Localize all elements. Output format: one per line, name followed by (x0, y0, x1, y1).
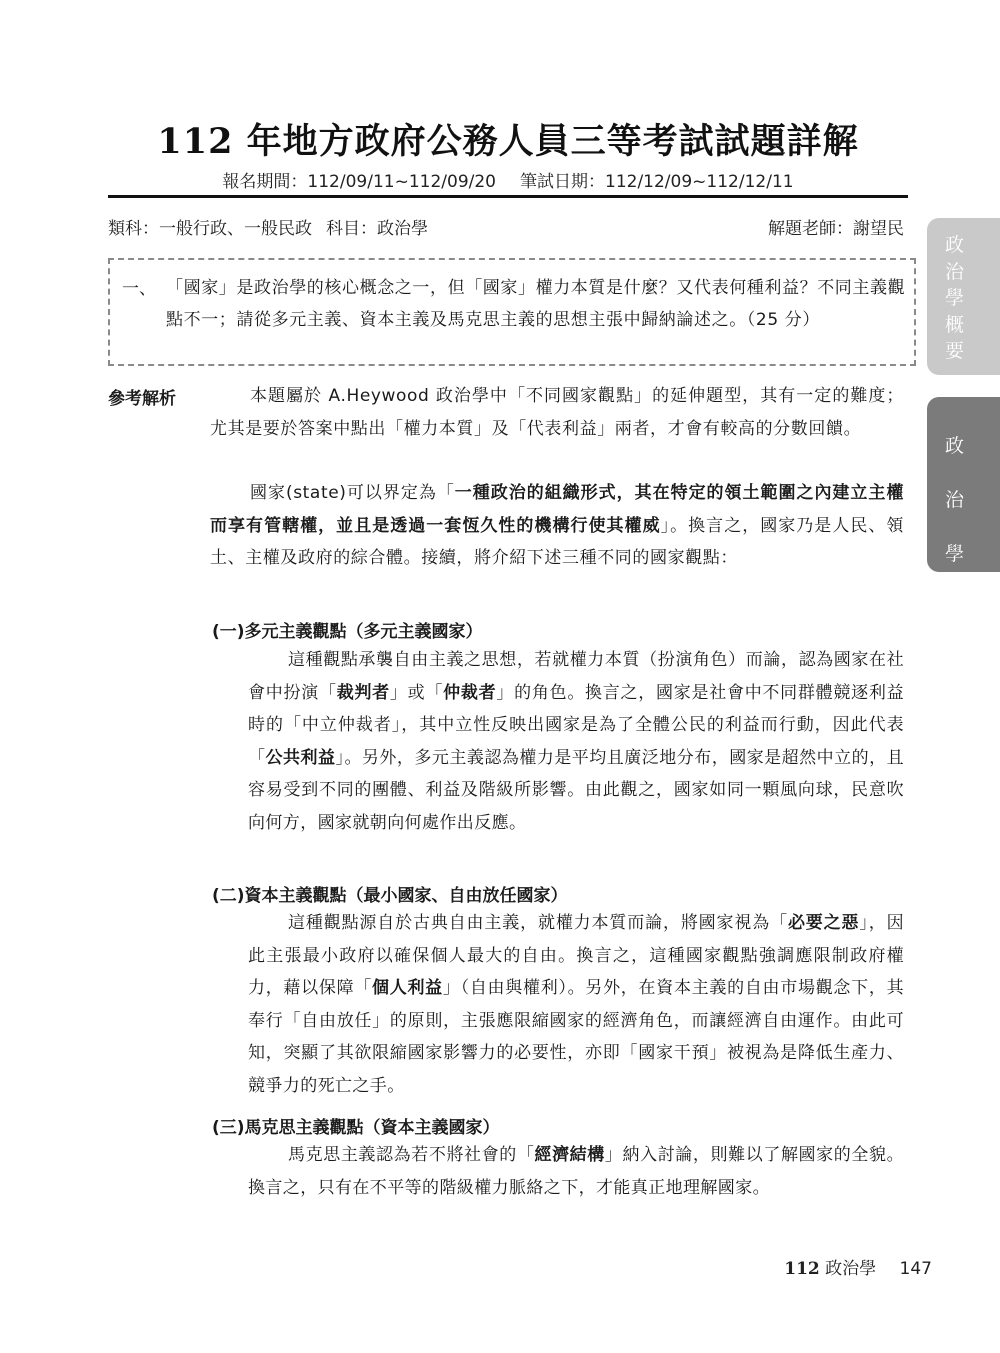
state-definition: 國家(state)可以界定為「一種政治的組織形式，其在特定的領土範圍之內建立主權… (210, 477, 904, 575)
exam-meta: 類科：一般行政、一般民政科目：政治學 解題老師：謝望民 (108, 214, 904, 239)
section-heading-marxism: (三)馬克思主義觀點（資本主義國家） (212, 1113, 500, 1138)
exam-period: 筆試日期：112/12/09~112/12/11 (520, 172, 794, 192)
section-heading-capitalism: (二)資本主義觀點（最小國家、自由放任國家） (212, 881, 568, 906)
section-body-marxism: 馬克思主義認為若不將社會的「經濟結構」納入討論，則難以了解國家的全貌。換言之，只… (248, 1139, 904, 1204)
section-body-capitalism: 這種觀點源自於古典自由主義，就權力本質而論，將國家視為「必要之惡」，因此主張最小… (248, 907, 904, 1102)
answer-intro: 本題屬於 A.Heywood 政治學中「不同國家觀點」的延伸題型，其有一定的難度… (210, 380, 904, 445)
side-tab-political-science[interactable]: 政 治 學 (927, 397, 1000, 572)
exam-dates: 報名期間：112/09/11~112/09/20筆試日期：112/12/09~1… (108, 167, 908, 192)
question-number: 一、 (122, 274, 156, 299)
footer-year: 112 (784, 1259, 820, 1279)
side-tab-political-science-overview[interactable]: 政 治 學 概 要 (927, 218, 1000, 375)
registration-period: 報名期間：112/09/11~112/09/20 (222, 172, 496, 192)
footer-subject: 政治學 (825, 1259, 876, 1279)
section-body-pluralism: 這種觀點承襲自由主義之思想，若就權力本質（扮演角色）而論，認為國家在社會中扮演「… (248, 644, 904, 839)
answer-label: 參考解析 (108, 384, 176, 409)
page-number: 147 (900, 1259, 932, 1279)
teacher: 解題老師：謝望民 (768, 214, 904, 239)
subject: 科目：政治學 (326, 219, 428, 239)
title-divider (108, 195, 908, 198)
question-text: 「國家」是政治學的核心概念之一，但「國家」權力本質是什麼？又代表何種利益？不同主… (166, 272, 906, 336)
page-title: 112 年地方政府公務人員三等考試試題詳解 (108, 114, 908, 164)
question-box: 一、 「國家」是政治學的核心概念之一，但「國家」權力本質是什麼？又代表何種利益？… (108, 258, 916, 366)
page-footer: 112 政治學 147 (784, 1254, 932, 1279)
category: 類科：一般行政、一般民政 (108, 219, 312, 239)
section-heading-pluralism: (一)多元主義觀點（多元主義國家） (212, 617, 483, 642)
